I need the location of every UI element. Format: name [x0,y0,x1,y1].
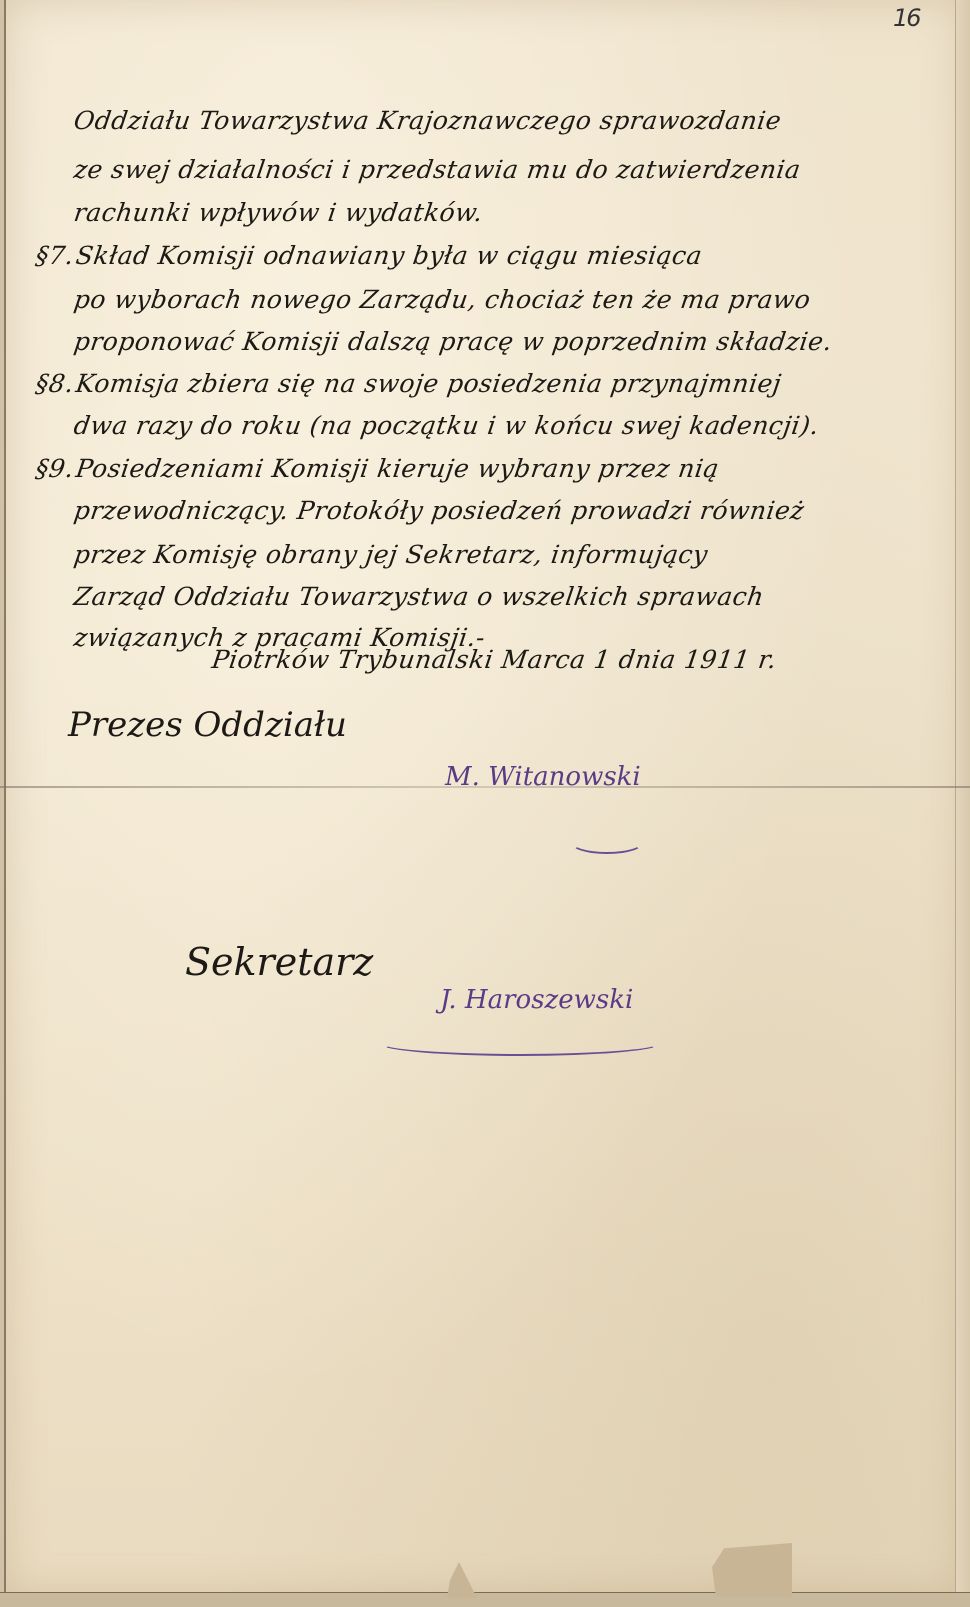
section-mark: §8. [34,369,78,398]
handwritten-line: proponować Komisji dalszą pracę w poprze… [72,327,834,356]
line-text: Skład Komisji odnawiany była w ciągu mie… [74,241,704,270]
line-text: Posiedzeniami Komisji kieruje wybrany pr… [74,454,721,483]
paper-tear [712,1543,792,1597]
handwritten-line: ze swej działalności i przedstawia mu do… [72,155,803,184]
line-text: Zarząd Oddziału Towarzystwa o wszelkich … [72,582,766,611]
president-signature-stamp: M. Witanowski [445,762,641,792]
handwritten-line: Oddziału Towarzystwa Krajoznawczego spra… [72,106,783,135]
line-text: Oddziału Towarzystwa Krajoznawczego spra… [72,106,783,135]
section-mark: §7. [34,241,78,270]
page-bottom-edge [0,1592,970,1607]
line-text: proponować Komisji dalszą pracę w poprze… [72,327,834,356]
section-mark: §9. [34,454,78,483]
line-text: ze swej działalności i przedstawia mu do… [72,155,803,184]
handwritten-line: po wyborach nowego Zarządu, chociaż ten … [72,285,813,314]
handwritten-line: przewodniczący. Protokóły posiedzeń prow… [72,496,806,525]
line-text: przewodniczący. Protokóły posiedzeń prow… [72,496,806,525]
secretary-signature-stamp: J. Haroszewski [440,985,633,1015]
line-text: Komisja zbiera się na swoje posiedzenia … [74,369,783,398]
place-date-line: Piotrków Trybunalski Marca 1 dnia 1911 r… [210,645,779,674]
handwritten-line: Zarząd Oddziału Towarzystwa o wszelkich … [72,582,766,611]
secretary-label: Sekretarz [185,940,373,984]
page-right-edge [955,0,970,1607]
line-text: rachunki wpływów i wydatków. [72,198,485,227]
page-number: 16 [893,4,920,32]
document-page [4,0,962,1595]
handwritten-line: §7.Skład Komisji odnawiany była w ciągu … [72,241,704,270]
handwritten-line: przez Komisję obrany jej Sekretarz, info… [72,540,710,569]
signature-flourish [570,830,644,854]
handwritten-line: rachunki wpływów i wydatków. [72,198,485,227]
president-label: Prezes Oddziału [68,705,347,745]
handwritten-line: §8.Komisja zbiera się na swoje posiedzen… [72,369,783,398]
line-text: przez Komisję obrany jej Sekretarz, info… [72,540,710,569]
handwritten-line: dwa razy do roku (na początku i w końcu … [72,411,821,440]
handwritten-line: §9.Posiedzeniami Komisji kieruje wybrany… [72,454,721,483]
line-text: po wyborach nowego Zarządu, chociaż ten … [72,285,813,314]
signature-flourish [378,1030,662,1056]
line-text: dwa razy do roku (na początku i w końcu … [72,411,821,440]
